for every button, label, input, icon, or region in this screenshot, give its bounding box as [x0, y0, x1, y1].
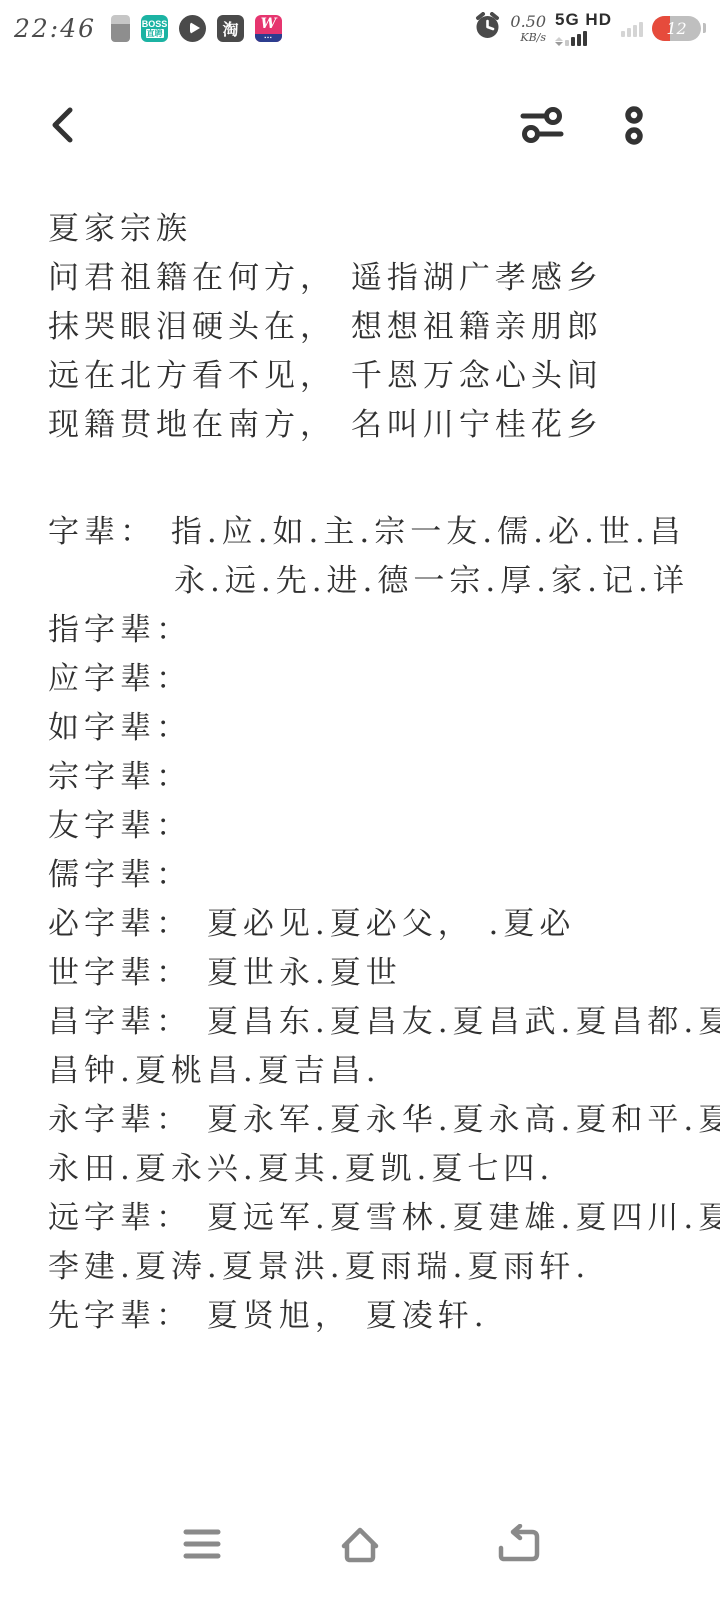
- battery-percent: 12: [652, 16, 701, 41]
- data-transfer-arrows-icon: [555, 37, 563, 46]
- document-line: 先字辈： 夏贤旭， 夏凌轩.: [48, 1292, 684, 1341]
- document-line: 世字辈： 夏世永.夏世: [48, 949, 684, 998]
- signal-bars-sim2-icon: [621, 22, 643, 37]
- more-options-icon: [611, 102, 657, 148]
- document-line: 应字辈：: [48, 655, 684, 704]
- back-nav-button[interactable]: [495, 1514, 541, 1574]
- boss-zhipin-subtext: 直聘: [146, 29, 164, 38]
- document-line: 问君祖籍在何方， 遥指湖广孝感乡: [48, 254, 684, 303]
- status-bar-right: 0.50 KB/s 5G HD 12: [474, 11, 706, 46]
- network-speed-value: 0.50: [510, 14, 546, 30]
- status-bar: 22:46 BOSS 直聘 淘 W ▪▪▪ 0.50 K: [0, 0, 720, 56]
- back-chevron-icon: [47, 105, 77, 145]
- clock-time: 22:46: [14, 14, 96, 43]
- sliders-filter-icon: [519, 102, 565, 148]
- network-type-label: 5G HD: [555, 11, 612, 28]
- signal-bars-sim1-icon: [565, 31, 587, 46]
- boss-zhipin-text: BOSS: [142, 19, 168, 29]
- play-glyph: [190, 22, 200, 34]
- network-type-block: 5G HD: [555, 11, 612, 46]
- battery-gray-icon: [111, 15, 130, 42]
- document-line: 永.远.先.进.德一宗.厚.家.记.详: [48, 557, 684, 606]
- toolbar: [0, 92, 720, 160]
- document-line: 现籍贯地在南方， 名叫川宁桂花乡: [48, 401, 684, 450]
- play-circle-app-icon: [179, 15, 206, 42]
- network-speed: 0.50 KB/s: [510, 14, 546, 43]
- more-options-button[interactable]: [606, 92, 662, 158]
- home-button[interactable]: [337, 1514, 383, 1574]
- document-line: 昌钟.夏桃昌.夏吉昌.: [48, 1047, 684, 1096]
- document-line: 昌字辈： 夏昌东.夏昌友.夏昌武.夏昌都.夏昌根.夏: [48, 998, 684, 1047]
- document-line: 指字辈：: [48, 606, 684, 655]
- document-line: 李建.夏涛.夏景洪.夏雨瑞.夏雨轩.: [48, 1243, 684, 1292]
- network-speed-unit: KB/s: [510, 32, 546, 43]
- document-line: 宗字辈：: [48, 753, 684, 802]
- battery-indicator: 12: [652, 16, 701, 41]
- document-line: 远在北方看不见， 千恩万念心头间: [48, 352, 684, 401]
- filter-sliders-button[interactable]: [514, 92, 570, 158]
- back-return-icon: [496, 1524, 540, 1564]
- pink-app-strip: ▪▪▪: [255, 34, 282, 42]
- document-line: 远字辈： 夏远军.夏雪林.夏建雄.夏四川.夏李强.夏: [48, 1194, 684, 1243]
- back-button[interactable]: [34, 92, 90, 158]
- status-bar-left: 22:46 BOSS 直聘 淘 W ▪▪▪: [14, 14, 282, 43]
- bottom-navigation-bar: [0, 1504, 720, 1584]
- battery-nub: [703, 23, 706, 33]
- document-line: 字辈： 指.应.如.主.宗一友.儒.必.世.昌: [48, 508, 684, 557]
- pink-app-glyph: W: [255, 16, 282, 32]
- alarm-clock-icon: [474, 12, 501, 44]
- boss-zhipin-icon: BOSS 直聘: [141, 15, 168, 42]
- document-line: 如字辈：: [48, 704, 684, 753]
- home-icon: [338, 1524, 382, 1564]
- document-line: 儒字辈：: [48, 851, 684, 900]
- taobao-glyph: 淘: [223, 17, 239, 40]
- document-line: 夏家宗族: [48, 205, 684, 254]
- document-body: 夏家宗族问君祖籍在何方， 遥指湖广孝感乡抹哭眼泪硬头在， 想想祖籍亲朋郎远在北方…: [48, 205, 684, 1341]
- document-line: 友字辈：: [48, 802, 684, 851]
- pink-app-icon: W ▪▪▪: [255, 15, 282, 42]
- document-line: 永田.夏永兴.夏其.夏凯.夏七四.: [48, 1145, 684, 1194]
- recent-apps-button[interactable]: [179, 1514, 225, 1574]
- document-line: 必字辈： 夏必见.夏必父， .夏必: [48, 900, 684, 949]
- document-line: 永字辈： 夏永军.夏永华.夏永高.夏和平.夏永前.夏: [48, 1096, 684, 1145]
- recent-apps-menu-icon: [182, 1526, 222, 1562]
- taobao-icon: 淘: [217, 15, 244, 42]
- document-line: 抹哭眼泪硬头在， 想想祖籍亲朋郎: [48, 303, 684, 352]
